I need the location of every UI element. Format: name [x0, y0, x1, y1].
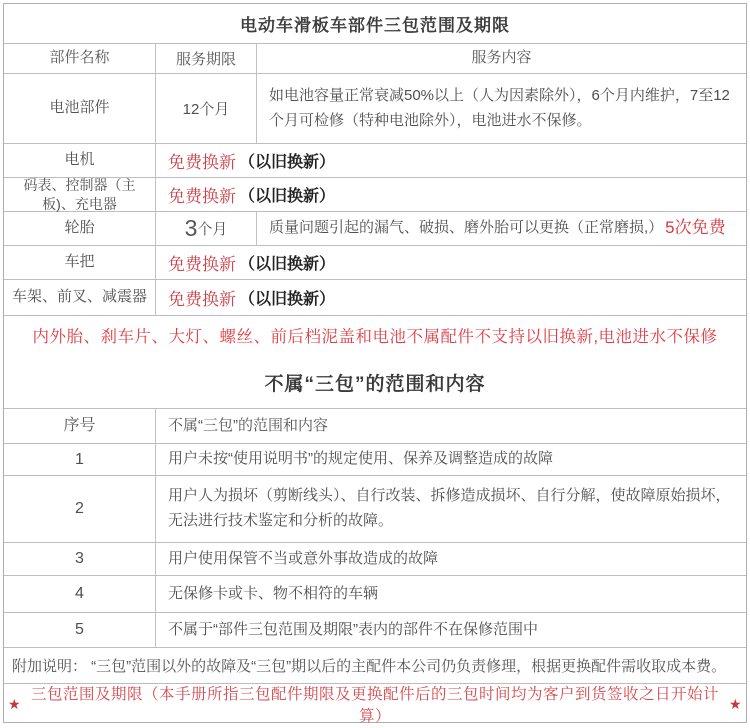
table-row-motor: 电机 免费换新 （以旧换新） — [4, 144, 746, 178]
footer-warranty-note-row: ★三包范围及期限（本手册所指三包配件期限及更换配件后的三包时间均为客户到货签收之… — [4, 684, 746, 724]
table-row: 5 不属于“部件三包范围及期限”表内的部件不在保修范围中 — [4, 613, 746, 648]
star-icon: ★ — [8, 696, 21, 713]
row-number: 3 — [4, 543, 156, 575]
service-merged-cell: 免费换新 （以旧换新） — [156, 178, 746, 211]
addendum-row: 附加说明： “三包”范围以外的故障及“三包”期以后的主配件本公司仍负责修理，根据… — [4, 648, 746, 684]
trade-in-label: （以旧换新） — [239, 286, 335, 309]
row-content: 用户未按“使用说明书”的规定使用、保养及调整造成的故障 — [156, 444, 746, 475]
row-content: 无保修卡或卡、物不相符的车辆 — [156, 576, 746, 612]
table-row: 1 用户未按“使用说明书”的规定使用、保养及调整造成的故障 — [4, 444, 746, 476]
addendum-text: 附加说明： “三包”范围以外的故障及“三包”期以后的主配件本公司仍负责修理，根据… — [4, 648, 746, 683]
service-merged-cell: 免费换新 （以旧换新） — [156, 280, 746, 315]
service-period: 3个月 — [156, 212, 257, 245]
star-icon: ★ — [729, 696, 742, 713]
row-number: 5 — [4, 613, 156, 647]
table-row-meter-controller-charger: 码表、控制器（主板)、充电器 免费换新 （以旧换新） — [4, 178, 746, 212]
warranty-document: 电动车滑板车部件三包范围及期限 部件名称 服务期限 服务内容 电池部件 12个月… — [3, 3, 747, 723]
trade-in-label: （以旧换新） — [239, 149, 335, 172]
trade-in-label: （以旧换新） — [239, 183, 335, 206]
part-name: 车把 — [4, 246, 156, 279]
footer-warranty-text: 三包范围及期限（本手册所指三包配件期限及更换配件后的三包时间均为客户到货签收之日… — [25, 682, 725, 726]
row-content: 用户人为损坏（剪断线头）、自行改装、拆修造成损坏、自行分解，使故障原始损坏，无法… — [156, 476, 746, 542]
period-number: 3 — [185, 215, 198, 242]
table2-header-row: 序号 不属“三包”的范围和内容 — [4, 409, 746, 444]
service-merged-cell: 免费换新 （以旧换新） — [156, 246, 746, 279]
table-row-frame-fork-shock: 车架、前叉、减震器 免费换新 （以旧换新） — [4, 280, 746, 316]
column-header-number: 序号 — [4, 409, 156, 443]
section2-title: 不属“三包”的范围和内容 — [4, 369, 746, 396]
row-content: 用户使用保管不当或意外事故造成的故障 — [156, 543, 746, 575]
period-unit: 个月 — [197, 218, 227, 239]
table-row: 4 无保修卡或卡、物不相符的车辆 — [4, 576, 746, 613]
table-row: 3 用户使用保管不当或意外事故造成的故障 — [4, 543, 746, 576]
service-merged-cell: 免费换新 （以旧换新） — [156, 144, 746, 177]
row-content: 不属于“部件三包范围及期限”表内的部件不在保修范围中 — [156, 613, 746, 647]
service-content: 质量问题引起的漏气、破损、磨外胎可以更换（正常磨损,） 5次免费 — [257, 212, 746, 245]
column-header-part: 部件名称 — [4, 44, 156, 73]
service-period: 12个月 — [156, 74, 257, 143]
row-number: 4 — [4, 576, 156, 612]
free-replace-label: 免费换新 — [168, 148, 236, 173]
table1-header-row: 部件名称 服务期限 服务内容 — [4, 44, 746, 74]
free-replace-label: 免费换新 — [168, 182, 236, 207]
service-content: 如电池容量正常衰减50%以上（人为因素除外），6个月内维护，7至12个月可检修（… — [257, 74, 746, 143]
table-row-battery: 电池部件 12个月 如电池容量正常衰减50%以上（人为因素除外），6个月内维护，… — [4, 74, 746, 144]
column-header-period: 服务期限 — [156, 44, 257, 73]
free-replace-label: 免费换新 — [168, 285, 236, 310]
tire-content-text: 质量问题引起的漏气、破损、磨外胎可以更换（正常磨损,） — [269, 216, 663, 241]
free-replace-label: 免费换新 — [168, 250, 236, 275]
notice-and-section-title-block: 内外胎、刹车片、大灯、螺丝、前后档泥盖和电池不属配件不支持以旧换新,电池进水不保… — [4, 316, 746, 409]
part-name: 车架、前叉、减震器 — [4, 280, 156, 315]
footer-warranty-note: ★三包范围及期限（本手册所指三包配件期限及更换配件后的三包时间均为客户到货签收之… — [4, 684, 746, 724]
column-header-content: 服务内容 — [257, 44, 746, 73]
table-row: 2 用户人为损坏（剪断线头）、自行改装、拆修造成损坏、自行分解，使故障原始损坏，… — [4, 476, 746, 543]
table-row-handlebar: 车把 免费换新 （以旧换新） — [4, 246, 746, 280]
exclusion-notice-text: 内外胎、刹车片、大灯、螺丝、前后档泥盖和电池不属配件不支持以旧换新,电池进水不保… — [4, 316, 746, 347]
table-row-tire: 轮胎 3个月 质量问题引起的漏气、破损、磨外胎可以更换（正常磨损,） 5次免费 — [4, 212, 746, 246]
row-number: 1 — [4, 444, 156, 475]
tire-free-count: 5次免费 — [665, 214, 725, 242]
page-title: 电动车滑板车部件三包范围及期限 — [4, 4, 746, 43]
part-name: 轮胎 — [4, 212, 156, 245]
part-name: 电池部件 — [4, 74, 156, 143]
table1-title-row: 电动车滑板车部件三包范围及期限 — [4, 4, 746, 44]
column-header-scope: 不属“三包”的范围和内容 — [156, 409, 746, 443]
row-number: 2 — [4, 476, 156, 542]
part-name: 电机 — [4, 144, 156, 177]
part-name: 码表、控制器（主板)、充电器 — [4, 178, 156, 211]
trade-in-label: （以旧换新） — [239, 251, 335, 274]
